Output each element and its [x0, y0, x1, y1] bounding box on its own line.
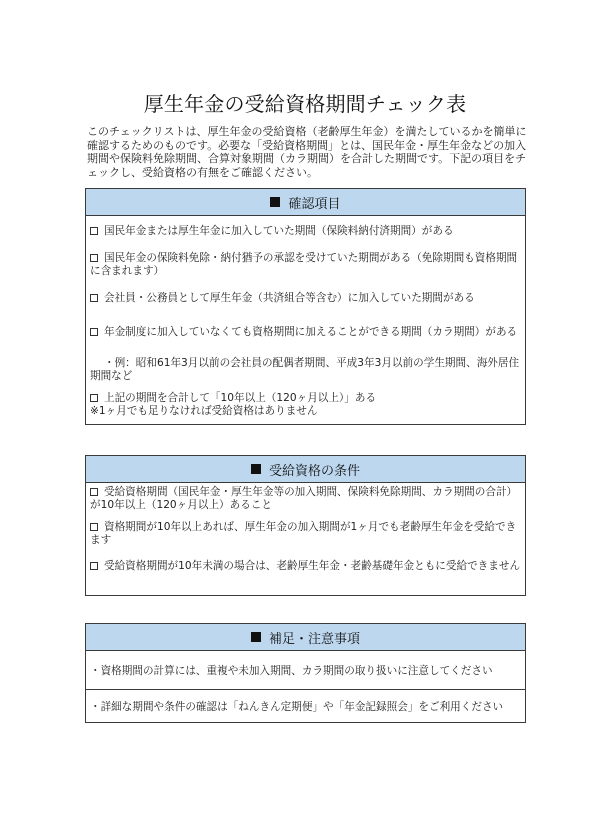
- section-supplementary-notes: 補足・注意事項 ・資格期間の計算には、重複や未加入期間、カラ期間の取り扱いに注意…: [85, 623, 526, 723]
- checkbox[interactable]: [90, 394, 98, 402]
- note-text: ・資格期間の計算には、重複や未加入期間、カラ期間の取り扱いに注意してください: [90, 663, 493, 678]
- checklist-item-text: 受給資格期間（国民年金・厚生年金等の加入期間、保険料免除期間、カラ期間の合計）が…: [90, 486, 517, 511]
- checkbox[interactable]: [90, 328, 98, 336]
- checklist-item-text: 国民年金または厚生年金に加入していた期間（保険料納付済期間）がある: [104, 225, 454, 237]
- checklist-item-text: 上記の期間を合計して「10年以上（120ヶ月以上）」ある: [104, 392, 376, 404]
- section-confirmation-items: 確認項目 国民年金または厚生年金に加入していた期間（保険料納付済期間）がある 国…: [85, 188, 526, 425]
- checklist-item-text: 資格期間が10年以上あれば、厚生年金の加入期間が1ヶ月でも老齢厚生年金を受給でき…: [90, 521, 516, 546]
- checklist-item: 上記の期間を合計して「10年以上（120ヶ月以上）」ある ※1ヶ月でも足りなけれ…: [90, 392, 521, 418]
- example-note: ・例：昭和61年3月以前の会社員の配偶者期間、平成3年3月以前の学生期間、海外居…: [90, 357, 521, 383]
- page-title: 厚生年金の受給資格期間チェック表: [0, 88, 590, 117]
- black-square-icon: [251, 464, 261, 474]
- section-header: 補足・注意事項: [86, 624, 525, 651]
- checklist-item-text: 国民年金の保険料免除・納付猶予の承認を受けていた期間がある（免除期間も資格期間に…: [90, 252, 517, 277]
- checklist-item: 年金制度に加入していなくても資格期間に加えることができる期間（カラ期間）がある: [90, 326, 521, 339]
- section-heading: 確認項目: [288, 193, 340, 212]
- checkbox[interactable]: [90, 254, 98, 262]
- black-square-icon: [270, 197, 280, 207]
- checklist-item-text: 受給資格期間が10年未満の場合は、老齢厚生年金・老齢基礎年金ともに受給できません: [104, 560, 520, 572]
- checklist-item: 資格期間が10年以上あれば、厚生年金の加入期間が1ヶ月でも老齢厚生年金を受給でき…: [90, 521, 521, 547]
- checkbox[interactable]: [90, 294, 98, 302]
- section-eligibility-conditions: 受給資格の条件 受給資格期間（国民年金・厚生年金等の加入期間、保険料免除期間、カ…: [85, 455, 526, 596]
- note-row: ・詳細な期間や条件の確認は「ねんきん定期便」や「年金記録照会」をご利用ください: [86, 689, 525, 723]
- example-note-text: ・例：昭和61年3月以前の会社員の配偶者期間、平成3年3月以前の学生期間、海外居…: [90, 357, 519, 382]
- checklist-item: 国民年金の保険料免除・納付猶予の承認を受けていた期間がある（免除期間も資格期間に…: [90, 252, 521, 278]
- checklist-item: 国民年金または厚生年金に加入していた期間（保険料納付済期間）がある: [90, 225, 521, 238]
- checkbox[interactable]: [90, 562, 98, 570]
- checklist-item-text: 会社員・公務員として厚生年金（共済組合等含む）に加入していた期間がある: [104, 292, 475, 304]
- checklist-item: 受給資格期間（国民年金・厚生年金等の加入期間、保険料免除期間、カラ期間の合計）が…: [90, 486, 521, 512]
- note-row: ・資格期間の計算には、重複や未加入期間、カラ期間の取り扱いに注意してください: [86, 651, 525, 689]
- checkbox[interactable]: [90, 227, 98, 235]
- checkbox[interactable]: [90, 488, 98, 496]
- checkbox[interactable]: [90, 523, 98, 531]
- checklist-item: 受給資格期間が10年未満の場合は、老齢厚生年金・老齢基礎年金ともに受給できません: [90, 560, 521, 573]
- section-header: 受給資格の条件: [86, 456, 525, 483]
- note-text: ・詳細な期間や条件の確認は「ねんきん定期便」や「年金記録照会」をご利用ください: [90, 699, 503, 714]
- intro-paragraph: このチェックリストは、厚生年金の受給資格（老齢厚生年金）を満たしているかを簡単に…: [87, 125, 527, 179]
- black-square-icon: [251, 632, 261, 642]
- section-heading: 受給資格の条件: [269, 460, 360, 479]
- section-header: 確認項目: [86, 189, 525, 216]
- checklist-item: 会社員・公務員として厚生年金（共済組合等含む）に加入していた期間がある: [90, 292, 521, 305]
- section-heading: 補足・注意事項: [269, 628, 360, 647]
- checklist-item-subtext: ※1ヶ月でも足りなければ受給資格はありません: [90, 405, 318, 417]
- checklist-item-text: 年金制度に加入していなくても資格期間に加えることができる期間（カラ期間）がある: [104, 326, 517, 338]
